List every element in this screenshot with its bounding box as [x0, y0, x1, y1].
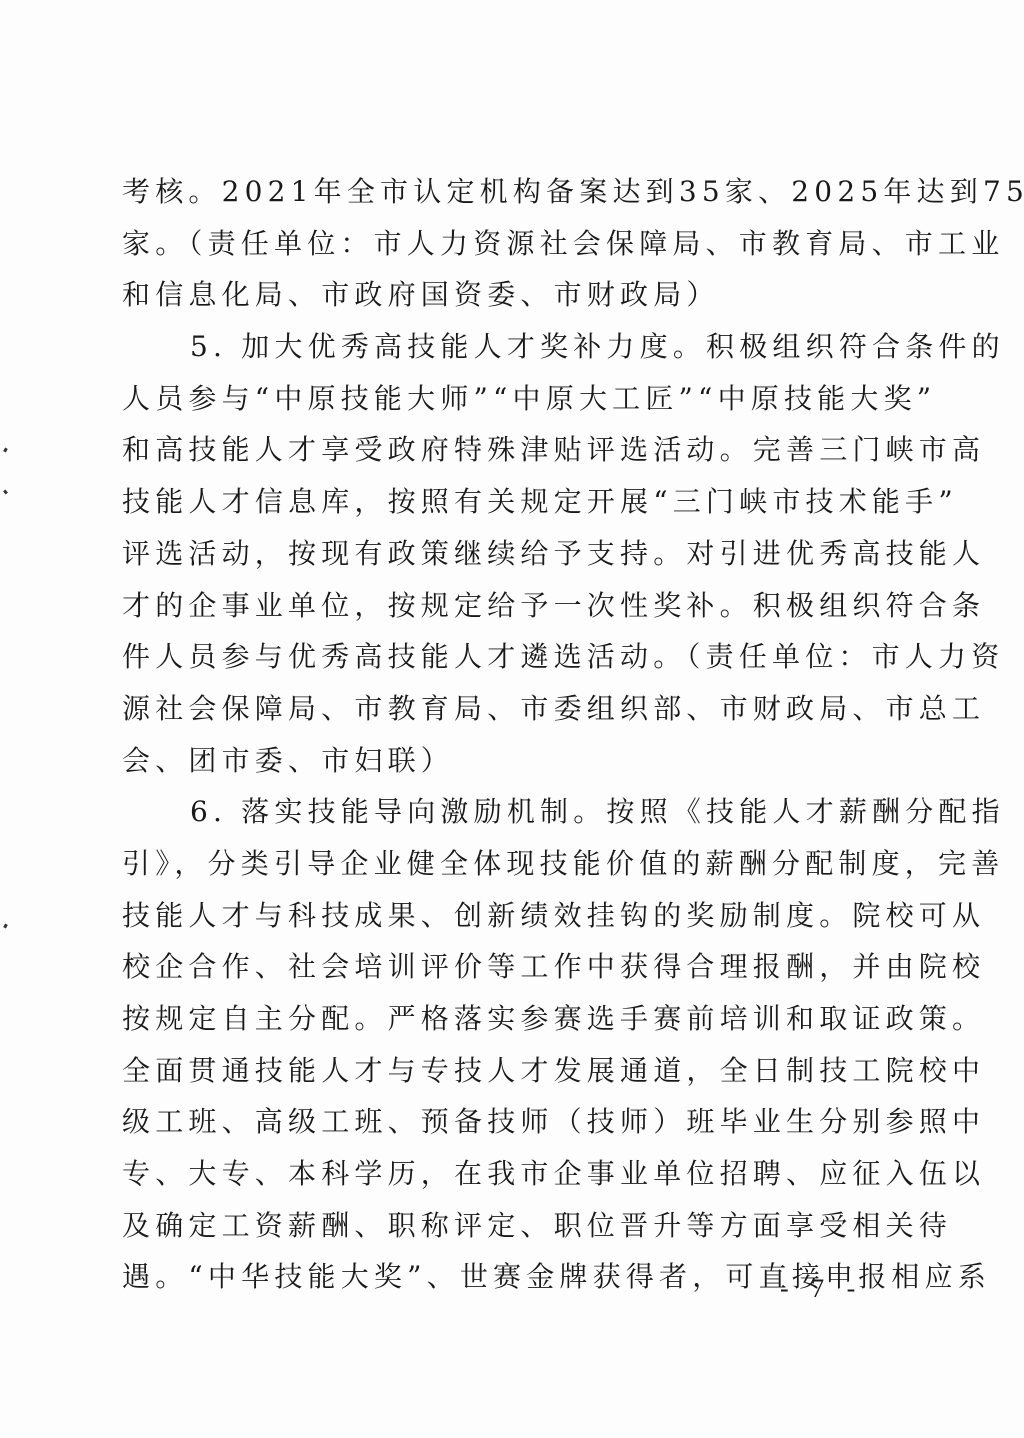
text-line: 专、大专、本科学历，在我市企事业单位招聘、应征入伍以 [122, 1148, 882, 1200]
scan-mark [3, 448, 8, 453]
text-line: 引》，分类引导企业健全体现技能价值的薪酬分配制度，完善 [122, 838, 882, 890]
text-line: 件人员参与优秀高技能人才遴选活动。（责任单位：市人力资 [122, 631, 882, 683]
text-line: 校企合作、社会培训评价等工作中获得合理报酬，并由院校 [122, 941, 882, 993]
section-heading-5: 5. 加大优秀高技能人才奖补力度。积极组织符合条件的 [122, 321, 882, 373]
text-line: 及确定工资薪酬、职称评定、职位晋升等方面享受相关待 [122, 1200, 882, 1252]
text-line: 技能人才信息库，按照有关规定开展“三门峡市技术能手” [122, 476, 882, 528]
text-line: 和高技能人才享受政府特殊津贴评选活动。完善三门峡市高 [122, 424, 882, 476]
scan-mark [3, 490, 8, 495]
section-heading-6: 6. 落实技能导向激励机制。按照《技能人才薪酬分配指 [122, 786, 882, 838]
page-number: - 7 - [780, 1274, 863, 1304]
text-line: 才的企事业单位，按规定给予一次性奖补。积极组织符合条 [122, 580, 882, 632]
text-line: 评选活动，按现有政策继续给予支持。对引进优秀高技能人 [122, 528, 882, 580]
text-line: 人员参与“中原技能大师”“中原大工匠”“中原技能大奖” [122, 373, 882, 425]
text-line: 考核。2021年全市认定机构备案达到35家、2025年达到75 [122, 166, 882, 218]
text-line: 级工班、高级工班、预备技师（技师）班毕业生分别参照中 [122, 1096, 882, 1148]
text-line: 技能人才与科技成果、创新绩效挂钩的奖励制度。院校可从 [122, 890, 882, 942]
text-line: 全面贯通技能人才与专技人才发展通道，全日制技工院校中 [122, 1045, 882, 1097]
text-line: 家。（责任单位：市人力资源社会保障局、市教育局、市工业 [122, 218, 882, 270]
text-line: 遇。“中华技能大奖”、世赛金牌获得者，可直接申报相应系 [122, 1251, 882, 1303]
text-line: 会、团市委、市妇联） [122, 735, 882, 787]
document-page: 考核。2021年全市认定机构备案达到35家、2025年达到75 家。（责任单位：… [0, 0, 1024, 1438]
scan-mark [3, 924, 8, 929]
text-line: 源社会保障局、市教育局、市委组织部、市财政局、市总工 [122, 683, 882, 735]
text-line: 按规定自主分配。严格落实参赛选手赛前培训和取证政策。 [122, 993, 882, 1045]
text-line: 和信息化局、市政府国资委、市财政局） [122, 269, 882, 321]
body-text: 考核。2021年全市认定机构备案达到35家、2025年达到75 家。（责任单位：… [122, 166, 882, 1303]
